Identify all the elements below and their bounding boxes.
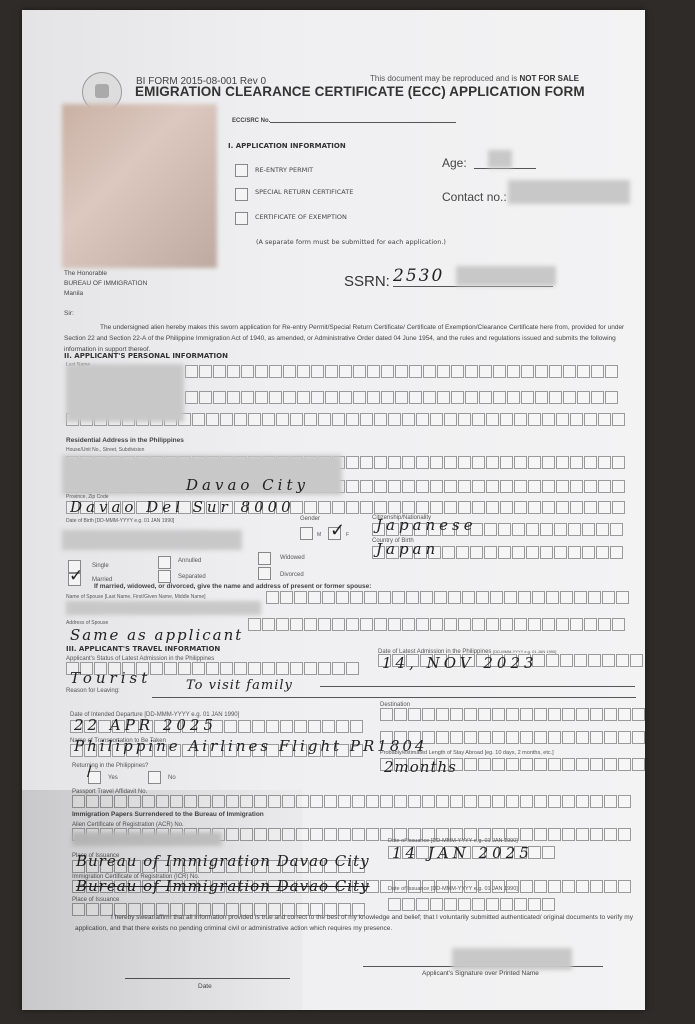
char-box[interactable] [596,546,609,559]
char-box[interactable] [478,708,491,721]
char-box[interactable] [394,708,407,721]
char-box[interactable] [436,795,449,808]
char-box[interactable] [535,365,548,378]
char-box[interactable] [436,708,449,721]
char-box[interactable] [178,662,191,675]
char-box[interactable] [528,898,541,911]
char-box[interactable] [632,758,645,771]
char-box[interactable] [570,480,583,493]
char-box[interactable] [470,546,483,559]
char-box[interactable] [548,795,561,808]
char-box[interactable] [430,898,443,911]
char-box[interactable] [612,618,625,631]
char-box[interactable] [72,795,85,808]
char-box[interactable] [472,501,485,514]
char-box[interactable] [185,391,198,404]
char-box[interactable] [610,523,623,536]
char-box[interactable] [255,365,268,378]
char-box[interactable] [563,365,576,378]
char-box[interactable] [374,456,387,469]
char-box[interactable] [574,654,587,667]
char-box[interactable] [616,654,629,667]
char-box[interactable] [444,413,457,426]
char-box[interactable] [164,662,177,675]
char-box[interactable] [420,591,433,604]
char-box[interactable] [114,795,127,808]
char-box[interactable] [507,391,520,404]
char-box[interactable] [423,365,436,378]
first-name-boxes[interactable] [185,391,619,404]
char-box[interactable] [297,391,310,404]
char-box[interactable] [360,413,373,426]
spouse-address-boxes[interactable] [248,618,626,631]
char-box[interactable] [576,708,589,721]
char-box[interactable] [353,365,366,378]
char-box[interactable] [332,618,345,631]
char-box[interactable] [297,365,310,378]
char-box[interactable] [598,480,611,493]
char-box[interactable] [506,708,519,721]
char-box[interactable] [227,391,240,404]
char-box[interactable] [562,758,575,771]
char-box[interactable] [588,654,601,667]
char-box[interactable] [507,365,520,378]
char-box[interactable] [486,480,499,493]
destination-boxes[interactable] [380,708,646,721]
char-box[interactable] [528,480,541,493]
char-box[interactable] [350,720,363,733]
char-box[interactable] [618,880,631,893]
char-box[interactable] [514,898,527,911]
char-box[interactable] [512,523,525,536]
char-box[interactable] [280,591,293,604]
date-signature-line[interactable] [125,978,290,979]
char-box[interactable] [227,365,240,378]
char-box[interactable] [582,523,595,536]
char-box[interactable] [500,501,513,514]
char-box[interactable] [352,828,365,841]
char-box[interactable] [548,708,561,721]
char-box[interactable] [520,828,533,841]
char-box[interactable] [353,391,366,404]
char-box[interactable] [283,365,296,378]
char-box[interactable] [472,618,485,631]
char-box[interactable] [248,662,261,675]
char-box[interactable] [213,391,226,404]
char-box[interactable] [374,618,387,631]
char-box[interactable] [472,898,485,911]
char-box[interactable] [224,720,237,733]
char-box[interactable] [604,708,617,721]
char-box[interactable] [605,391,618,404]
char-box[interactable] [350,591,363,604]
char-box[interactable] [360,618,373,631]
char-box[interactable] [556,480,569,493]
char-box[interactable] [430,480,443,493]
char-box[interactable] [548,758,561,771]
char-box[interactable] [430,413,443,426]
char-box[interactable] [268,795,281,808]
char-box[interactable] [632,731,645,744]
char-box[interactable] [318,618,331,631]
char-box[interactable] [534,880,547,893]
char-box[interactable] [528,413,541,426]
char-box[interactable] [570,618,583,631]
char-box[interactable] [346,618,359,631]
char-box[interactable] [220,413,233,426]
char-box[interactable] [255,391,268,404]
char-box[interactable] [486,413,499,426]
char-box[interactable] [493,391,506,404]
char-box[interactable] [408,708,421,721]
char-box[interactable] [598,501,611,514]
char-box[interactable] [304,618,317,631]
char-box[interactable] [378,591,391,604]
char-box[interactable] [528,456,541,469]
char-box[interactable] [610,546,623,559]
char-box[interactable] [588,591,601,604]
char-box[interactable] [506,795,519,808]
char-box[interactable] [520,731,533,744]
char-box[interactable] [602,654,615,667]
char-box[interactable] [514,501,527,514]
char-box[interactable] [534,708,547,721]
char-box[interactable] [310,828,323,841]
icr-date-boxes[interactable] [388,898,556,911]
char-box[interactable] [248,618,261,631]
char-box[interactable] [584,501,597,514]
char-box[interactable] [582,546,595,559]
char-box[interactable] [514,413,527,426]
char-box[interactable] [618,708,631,721]
char-box[interactable] [512,546,525,559]
char-box[interactable] [444,898,457,911]
char-box[interactable] [492,731,505,744]
char-box[interactable] [472,480,485,493]
char-box[interactable] [444,456,457,469]
char-box[interactable] [198,795,211,808]
char-box[interactable] [598,456,611,469]
char-box[interactable] [584,480,597,493]
char-box[interactable] [590,731,603,744]
char-box[interactable] [336,720,349,733]
char-box[interactable] [318,662,331,675]
char-box[interactable] [416,501,429,514]
char-box[interactable] [612,413,625,426]
char-box[interactable] [556,501,569,514]
char-box[interactable] [632,708,645,721]
char-box[interactable] [472,456,485,469]
char-box[interactable] [394,795,407,808]
char-box[interactable] [294,591,307,604]
char-box[interactable] [498,523,511,536]
char-box[interactable] [381,365,394,378]
char-box[interactable] [596,523,609,536]
char-box[interactable] [604,828,617,841]
char-box[interactable] [388,413,401,426]
char-box[interactable] [402,480,415,493]
char-box[interactable] [546,654,559,667]
char-box[interactable] [346,456,359,469]
char-box[interactable] [465,391,478,404]
char-box[interactable] [584,456,597,469]
returning-no-checkbox[interactable] [148,771,161,784]
char-box[interactable] [486,456,499,469]
char-box[interactable] [392,591,405,604]
char-box[interactable] [570,456,583,469]
char-box[interactable] [402,898,415,911]
char-box[interactable] [339,365,352,378]
char-box[interactable] [604,795,617,808]
char-box[interactable] [458,618,471,631]
char-box[interactable] [521,391,534,404]
char-box[interactable] [520,758,533,771]
char-box[interactable] [416,456,429,469]
char-box[interactable] [444,618,457,631]
char-box[interactable] [560,654,573,667]
char-box[interactable] [206,413,219,426]
char-box[interactable] [367,365,380,378]
char-box[interactable] [464,758,477,771]
char-box[interactable] [605,365,618,378]
char-box[interactable] [402,413,415,426]
age-field[interactable] [474,168,536,169]
char-box[interactable] [549,365,562,378]
char-box[interactable] [464,708,477,721]
char-box[interactable] [234,662,247,675]
char-box[interactable] [518,591,531,604]
char-box[interactable] [308,720,321,733]
char-box[interactable] [339,391,352,404]
char-box[interactable] [616,591,629,604]
char-box[interactable] [498,546,511,559]
char-box[interactable] [490,591,503,604]
char-box[interactable] [128,795,141,808]
char-box[interactable] [266,591,279,604]
char-box[interactable] [456,546,469,559]
char-box[interactable] [442,546,455,559]
char-box[interactable] [266,720,279,733]
char-box[interactable] [402,456,415,469]
char-box[interactable] [618,731,631,744]
exemption-checkbox[interactable] [235,212,248,225]
char-box[interactable] [472,413,485,426]
char-box[interactable] [290,618,303,631]
char-box[interactable] [434,591,447,604]
char-box[interactable] [546,591,559,604]
char-box[interactable] [280,720,293,733]
char-box[interactable] [416,618,429,631]
char-box[interactable] [590,828,603,841]
char-box[interactable] [346,662,359,675]
char-box[interactable] [395,391,408,404]
char-box[interactable] [520,708,533,721]
char-box[interactable] [199,365,212,378]
char-box[interactable] [534,731,547,744]
char-box[interactable] [535,391,548,404]
spouse-name-boxes[interactable] [266,591,630,604]
char-box[interactable] [548,731,561,744]
ecc-src-field[interactable] [270,122,456,123]
char-box[interactable] [268,828,281,841]
char-box[interactable] [584,413,597,426]
char-box[interactable] [570,501,583,514]
char-box[interactable] [576,795,589,808]
char-box[interactable] [276,662,289,675]
char-box[interactable] [248,413,261,426]
char-box[interactable] [276,413,289,426]
char-box[interactable] [526,523,539,536]
char-box[interactable] [212,795,225,808]
char-box[interactable] [568,546,581,559]
char-box[interactable] [568,523,581,536]
char-box[interactable] [220,662,233,675]
char-box[interactable] [448,591,461,604]
char-box[interactable] [262,413,275,426]
char-box[interactable] [192,413,205,426]
char-box[interactable] [282,828,295,841]
char-box[interactable] [484,523,497,536]
char-box[interactable] [324,795,337,808]
char-box[interactable] [276,618,289,631]
char-box[interactable] [318,501,331,514]
char-box[interactable] [322,591,335,604]
char-box[interactable] [437,391,450,404]
char-box[interactable] [604,880,617,893]
char-box[interactable] [444,480,457,493]
char-box[interactable] [416,898,429,911]
char-box[interactable] [296,828,309,841]
char-box[interactable] [532,591,545,604]
divorced-checkbox[interactable] [258,567,271,580]
char-box[interactable] [325,365,338,378]
char-box[interactable] [562,880,575,893]
char-box[interactable] [534,828,547,841]
char-box[interactable] [206,662,219,675]
last-name-boxes[interactable] [185,365,619,378]
char-box[interactable] [486,618,499,631]
char-box[interactable] [540,523,553,536]
char-box[interactable] [360,501,373,514]
char-box[interactable] [430,618,443,631]
char-box[interactable] [590,708,603,721]
char-box[interactable] [556,413,569,426]
char-box[interactable] [486,898,499,911]
char-box[interactable] [514,618,527,631]
char-box[interactable] [325,391,338,404]
char-box[interactable] [549,391,562,404]
char-box[interactable] [234,413,247,426]
char-box[interactable] [542,501,555,514]
char-box[interactable] [294,720,307,733]
char-box[interactable] [142,795,155,808]
char-box[interactable] [100,795,113,808]
char-box[interactable] [478,758,491,771]
char-box[interactable] [213,365,226,378]
char-box[interactable] [602,591,615,604]
special-return-checkbox[interactable] [235,188,248,201]
separated-checkbox[interactable] [158,570,171,583]
char-box[interactable] [563,391,576,404]
char-box[interactable] [409,391,422,404]
char-box[interactable] [554,546,567,559]
char-box[interactable] [500,618,513,631]
char-box[interactable] [241,391,254,404]
char-box[interactable] [520,880,533,893]
char-box[interactable] [422,708,435,721]
char-box[interactable] [437,365,450,378]
char-box[interactable] [458,501,471,514]
char-box[interactable] [548,880,561,893]
char-box[interactable] [430,456,443,469]
char-box[interactable] [493,365,506,378]
char-box[interactable] [240,828,253,841]
char-box[interactable] [542,456,555,469]
char-box[interactable] [262,618,275,631]
char-box[interactable] [262,662,275,675]
char-box[interactable] [577,365,590,378]
char-box[interactable] [556,456,569,469]
char-box[interactable] [576,880,589,893]
char-box[interactable] [554,523,567,536]
char-box[interactable] [304,413,317,426]
char-box[interactable] [170,795,183,808]
char-box[interactable] [388,480,401,493]
char-box[interactable] [591,391,604,404]
char-box[interactable] [381,391,394,404]
char-box[interactable] [374,413,387,426]
char-box[interactable] [422,795,435,808]
char-box[interactable] [576,758,589,771]
char-box[interactable] [590,758,603,771]
char-box[interactable] [528,501,541,514]
char-box[interactable] [332,413,345,426]
char-box[interactable] [612,480,625,493]
char-box[interactable] [574,591,587,604]
char-box[interactable] [324,828,337,841]
char-box[interactable] [283,391,296,404]
char-box[interactable] [562,795,575,808]
char-box[interactable] [192,662,205,675]
char-box[interactable] [458,456,471,469]
char-box[interactable] [311,365,324,378]
char-box[interactable] [500,480,513,493]
char-box[interactable] [504,591,517,604]
reentry-permit-checkbox[interactable] [235,164,248,177]
char-box[interactable] [604,758,617,771]
char-box[interactable] [199,391,212,404]
char-box[interactable] [338,795,351,808]
char-box[interactable] [479,365,492,378]
char-box[interactable] [388,898,401,911]
char-box[interactable] [598,618,611,631]
char-box[interactable] [476,591,489,604]
char-box[interactable] [542,413,555,426]
char-box[interactable] [520,795,533,808]
char-box[interactable] [521,365,534,378]
char-box[interactable] [528,618,541,631]
char-box[interactable] [562,828,575,841]
char-box[interactable] [590,795,603,808]
char-box[interactable] [318,413,331,426]
char-box[interactable] [630,654,643,667]
char-box[interactable] [450,795,463,808]
char-box[interactable] [409,365,422,378]
char-box[interactable] [478,731,491,744]
char-box[interactable] [430,501,443,514]
char-box[interactable] [576,731,589,744]
char-box[interactable] [269,391,282,404]
